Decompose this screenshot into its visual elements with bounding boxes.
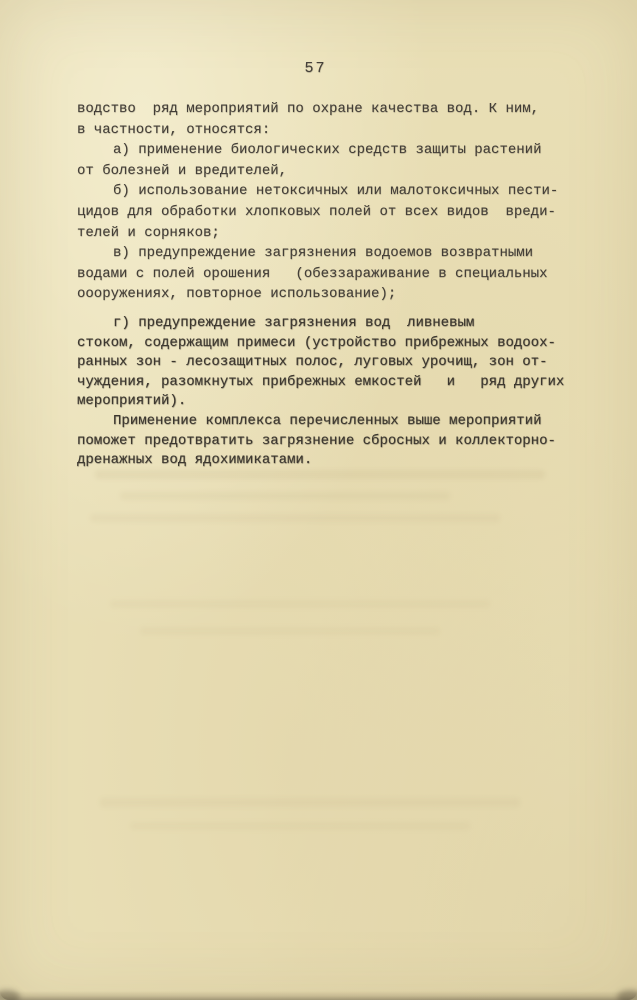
bleed-through-artifact bbox=[90, 514, 500, 522]
text-line: водство ряд мероприятий по охране качест… bbox=[77, 99, 582, 120]
list-item-g: г) предупреждение загрязнения вод ливнев… bbox=[77, 314, 582, 334]
text-line: чуждения, разомкнутых прибрежных емкосте… bbox=[77, 373, 582, 393]
closing-paragraph-line: дренажных вод ядохимикатами. bbox=[77, 451, 582, 471]
scanned-document-page: 57 водство ряд мероприятий по охране кач… bbox=[0, 0, 637, 1000]
text-line: оооружениях, повторное использование); bbox=[77, 284, 582, 305]
scan-edge-shadow bbox=[0, 991, 637, 1000]
bleed-through-artifact bbox=[140, 627, 440, 635]
text-line: телей и сорняков; bbox=[77, 223, 582, 244]
closing-paragraph-line: поможет предотвратить загрязнение сбросн… bbox=[77, 432, 582, 452]
bleed-through-artifact bbox=[100, 798, 520, 807]
list-item-a: а) применение биологических средств защи… bbox=[77, 140, 582, 161]
list-item-b: б) использование нетоксичных или малоток… bbox=[77, 181, 582, 202]
list-item-v: в) предупреждение загрязнения водоемов в… bbox=[77, 243, 582, 264]
bleed-through-artifact bbox=[120, 492, 450, 500]
text-line: в частности, относятся: bbox=[77, 120, 582, 141]
closing-paragraph-line: Применение комплекса перечисленных выше … bbox=[77, 412, 582, 432]
text-line: водами с полей орошения (обеззараживание… bbox=[77, 264, 582, 285]
text-line: мероприятий). bbox=[77, 392, 582, 412]
text-line: ранных зон - лесозащитных полос, луговых… bbox=[77, 353, 582, 373]
paragraph-gap bbox=[77, 305, 582, 314]
text-line: стоком, содержащим примеси (устройство п… bbox=[77, 334, 582, 354]
document-text-block: водство ряд мероприятий по охране качест… bbox=[77, 99, 582, 471]
text-line: цидов для обработки хлопковых полей от в… bbox=[77, 202, 582, 223]
bleed-through-artifact bbox=[130, 822, 470, 830]
page-number: 57 bbox=[0, 60, 631, 77]
bleed-through-artifact bbox=[95, 470, 545, 479]
text-line: от болезней и вредителей, bbox=[77, 161, 582, 182]
bleed-through-artifact bbox=[110, 600, 490, 608]
